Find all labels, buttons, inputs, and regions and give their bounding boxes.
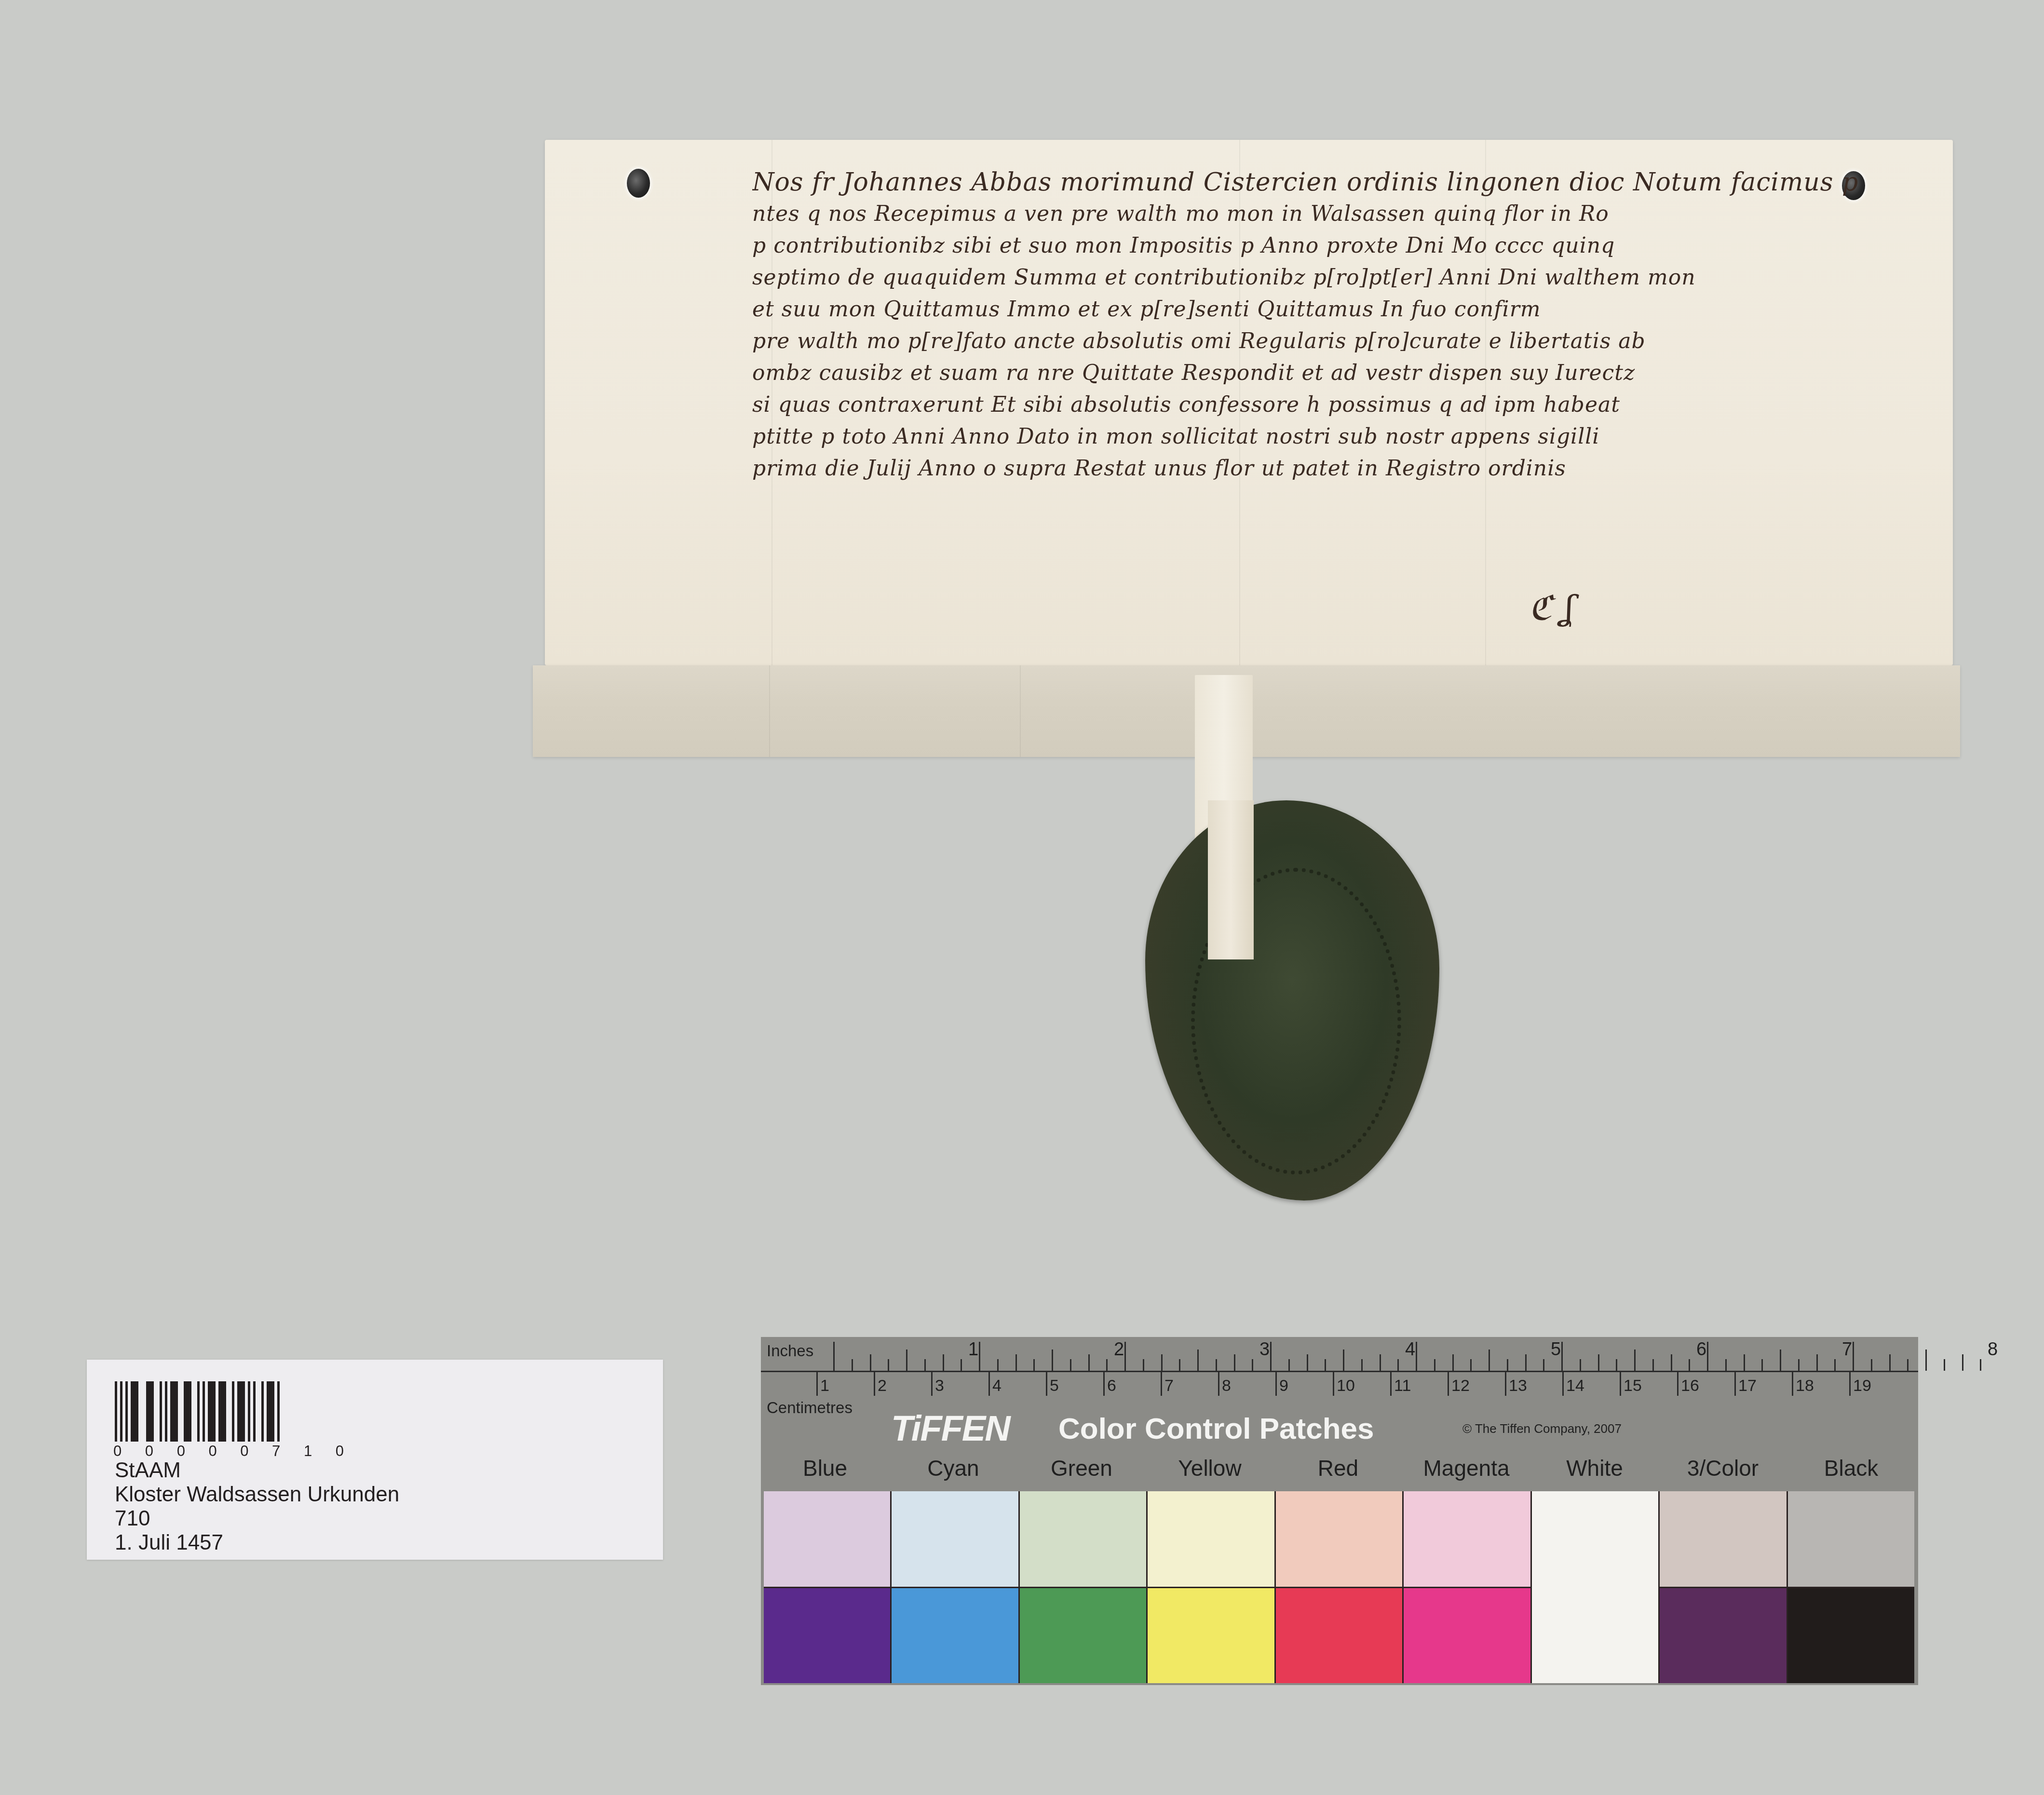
ruler-tick — [1616, 1359, 1617, 1371]
tiffen-color-bar: Inches Centimetres TiFFEN Color Control … — [761, 1337, 1918, 1685]
ruler-tick — [1434, 1359, 1435, 1371]
patch-label-yellow: Yellow — [1146, 1455, 1274, 1481]
ruler-tick — [1325, 1359, 1326, 1371]
patch-swatch-dark — [1404, 1588, 1530, 1684]
inch-number: 5 — [1551, 1339, 1561, 1360]
cm-number: 15 — [1624, 1377, 1642, 1395]
patch-swatch-light — [1660, 1491, 1786, 1588]
text-line: ntes q nos Recepimus a ven pre walth mo … — [752, 198, 1919, 230]
inch-number: 3 — [1259, 1339, 1270, 1360]
ruler-tick — [1124, 1342, 1126, 1371]
barcode-digit: 0 — [240, 1443, 249, 1460]
ruler-tick — [906, 1350, 907, 1371]
ruler-tick — [1070, 1359, 1071, 1371]
patch-column — [1020, 1491, 1148, 1683]
cm-number: 14 — [1566, 1377, 1584, 1395]
ruler-tick — [979, 1342, 980, 1371]
barcode-digit: 0 — [208, 1443, 217, 1460]
ruler-tick — [1761, 1359, 1763, 1371]
ruler-tick — [1197, 1350, 1199, 1371]
color-patches — [764, 1491, 1914, 1683]
patch-column — [892, 1491, 1019, 1683]
ruler-tick — [1088, 1354, 1090, 1371]
patch-swatch-dark — [1020, 1588, 1146, 1684]
ruler-tick — [1216, 1359, 1217, 1371]
patch-swatch-light — [1276, 1491, 1402, 1588]
ruler-tick — [1489, 1350, 1490, 1371]
ruler-tick — [1452, 1354, 1454, 1371]
ruler-tick — [1103, 1372, 1105, 1396]
ruler-tick — [1361, 1359, 1363, 1371]
ruler-tick — [1307, 1354, 1308, 1371]
ruler-tick — [1580, 1359, 1581, 1371]
ruler-tick — [1033, 1359, 1035, 1371]
ruler-tick — [1161, 1372, 1162, 1396]
ruler-tick — [1620, 1372, 1621, 1396]
patch-swatch-light — [1788, 1491, 1914, 1588]
ruler-tick — [1343, 1350, 1344, 1371]
text-line: p contributionibz sibi et suo mon Imposi… — [752, 230, 1919, 262]
inch-number: 1 — [968, 1339, 978, 1360]
ruler-tick — [988, 1372, 990, 1396]
ruler-tick — [833, 1342, 835, 1371]
cm-number: 2 — [878, 1377, 887, 1395]
barcode-digit: 1 — [304, 1443, 313, 1460]
ruler-tick — [1962, 1354, 1963, 1371]
ruler-tick — [1734, 1372, 1736, 1396]
text-line: ombz causibz et suam ra nre Quittate Res… — [752, 357, 1919, 389]
ruler-tick — [1270, 1342, 1272, 1371]
cm-number: 10 — [1337, 1377, 1355, 1395]
patch-swatch-light — [1020, 1491, 1146, 1588]
ruler-tick — [1143, 1359, 1144, 1371]
copyright: © The Tiffen Company, 2007 — [1462, 1421, 1622, 1436]
ruler-tick — [1448, 1372, 1449, 1396]
ruler-tick — [870, 1354, 871, 1371]
archive-name: StAAM — [115, 1458, 181, 1483]
ruler-tick — [1275, 1372, 1277, 1396]
patch-column — [1788, 1491, 1914, 1683]
patch-swatch-light — [1404, 1491, 1530, 1588]
patch-label-white: White — [1530, 1455, 1659, 1481]
patch-swatch-light — [764, 1491, 890, 1588]
ruler-tick — [1944, 1359, 1945, 1371]
inch-number: 8 — [1988, 1339, 1998, 1360]
text-line: Nos fr Johannes Abbas morimund Cistercie… — [752, 166, 1919, 198]
patch-column — [1276, 1491, 1404, 1683]
patch-swatch-dark — [892, 1588, 1018, 1684]
ruler-tick — [1889, 1354, 1891, 1371]
ruler-tick — [1792, 1372, 1793, 1396]
ruler-tick — [1252, 1359, 1253, 1371]
patch-label-magenta: Magenta — [1402, 1455, 1530, 1481]
inch-number: 4 — [1405, 1339, 1415, 1360]
ruler-tick — [852, 1359, 853, 1371]
cm-number: 12 — [1451, 1377, 1470, 1395]
ruler-tick — [1543, 1359, 1544, 1371]
ruler-tick — [1288, 1359, 1290, 1371]
inches-label: Inches — [767, 1342, 813, 1360]
ruler-tick — [1046, 1372, 1047, 1396]
ruler-tick — [1333, 1372, 1334, 1396]
inch-number: 6 — [1696, 1339, 1706, 1360]
ruler-tick — [961, 1359, 962, 1371]
barcode-digit: 7 — [272, 1443, 281, 1460]
patch-label-green: Green — [1017, 1455, 1146, 1481]
barcode-digit: 0 — [336, 1443, 345, 1460]
patch-swatch-light — [892, 1491, 1018, 1588]
cm-number: 5 — [1050, 1377, 1059, 1395]
ruler-tick — [1416, 1342, 1417, 1371]
document-number: 710 — [115, 1507, 150, 1531]
ruler-tick — [1397, 1359, 1399, 1371]
ruler-tick — [1525, 1354, 1527, 1371]
patch-label-3color: 3/Color — [1659, 1455, 1787, 1481]
patch-column — [764, 1491, 892, 1683]
patch-column — [1404, 1491, 1531, 1683]
patch-label-black: Black — [1787, 1455, 1915, 1481]
patch-column — [1532, 1491, 1660, 1683]
cm-number: 3 — [935, 1377, 944, 1395]
ruler-tick — [1052, 1350, 1053, 1371]
ruler-tick — [1470, 1359, 1472, 1371]
barcode — [115, 1381, 283, 1442]
ruler-tick — [1562, 1372, 1564, 1396]
patch-label-cyan: Cyan — [889, 1455, 1017, 1481]
ruler-tick — [1634, 1350, 1636, 1371]
patch-swatch-dark — [1148, 1588, 1274, 1684]
ruler-tick — [1652, 1359, 1654, 1371]
ruler-tick — [1744, 1354, 1745, 1371]
cm-number: 9 — [1279, 1377, 1288, 1395]
ruler-tick — [1834, 1359, 1836, 1371]
ruler-tick — [1871, 1359, 1872, 1371]
ruler-tick — [1725, 1359, 1727, 1371]
notary-subscription: ℭ ʆ — [1529, 588, 1574, 628]
ruler-tick — [1106, 1359, 1108, 1371]
barcode-digit: 0 — [145, 1443, 154, 1460]
charter-text: Nos fr Johannes Abbas morimund Cistercie… — [752, 166, 1919, 485]
ruler-tick — [1780, 1350, 1781, 1371]
cm-number: 13 — [1509, 1377, 1527, 1395]
barcode-number: 0 0 0 0 0 7 1 0 — [113, 1443, 345, 1460]
fold-line — [769, 665, 770, 757]
ruler-tick — [874, 1372, 875, 1396]
ruler-tick — [1218, 1372, 1219, 1396]
ruler-tick — [1671, 1354, 1672, 1371]
ruler-tick — [1015, 1354, 1017, 1371]
ruler-tick — [1598, 1354, 1599, 1371]
colorbar-title: Color Control Patches — [1058, 1412, 1374, 1446]
ruler-tick — [943, 1354, 944, 1371]
ruler-tick — [1925, 1350, 1927, 1371]
punch-hole-left — [627, 169, 650, 198]
ruler-tick — [1816, 1354, 1818, 1371]
patch-swatch-dark — [1660, 1588, 1786, 1684]
ruler-tick — [1561, 1342, 1563, 1371]
cm-number: 8 — [1222, 1377, 1231, 1395]
cm-number: 18 — [1796, 1377, 1814, 1395]
archive-label: 0 0 0 0 0 7 1 0 StAAM Kloster Waldsassen… — [87, 1360, 663, 1560]
patch-swatch-light — [1148, 1491, 1274, 1588]
patch-column — [1660, 1491, 1787, 1683]
cm-number: 11 — [1394, 1377, 1411, 1395]
seal-tag-over-wax — [1208, 800, 1254, 959]
ruler-tick — [1853, 1342, 1854, 1371]
ruler-tick — [1179, 1359, 1180, 1371]
ruler-tick — [1505, 1372, 1506, 1396]
cm-number: 1 — [820, 1377, 829, 1395]
centimetres-label: Centimetres — [767, 1399, 853, 1417]
patch-swatch-dark — [764, 1588, 890, 1684]
collection-name: Kloster Waldsassen Urkunden — [115, 1483, 399, 1507]
cm-number: 4 — [992, 1377, 1002, 1395]
ruler-tick — [1677, 1372, 1679, 1396]
ruler-tick — [1507, 1359, 1508, 1371]
text-line: pre walth mo p[re]fato ancte absolutis o… — [752, 325, 1919, 357]
ruler-tick — [816, 1372, 818, 1396]
cm-number: 17 — [1738, 1377, 1757, 1395]
barcode-digit: 0 — [177, 1443, 186, 1460]
text-line: et suu mon Quittamus Immo et ex p[re]sen… — [752, 294, 1919, 325]
inch-number: 7 — [1842, 1339, 1852, 1360]
cm-number: 6 — [1107, 1377, 1116, 1395]
fold-line — [1020, 665, 1021, 757]
cm-number: 16 — [1681, 1377, 1699, 1395]
tiffen-logo: TiFFEN — [891, 1408, 1010, 1449]
ruler-tick — [1234, 1354, 1235, 1371]
inch-number: 2 — [1114, 1339, 1124, 1360]
ruler-tick — [1689, 1359, 1690, 1371]
ruler-tick — [1707, 1342, 1708, 1371]
ruler-tick — [931, 1372, 933, 1396]
cm-number: 19 — [1853, 1377, 1871, 1395]
ruler-tick — [1390, 1372, 1392, 1396]
ruler-tick — [924, 1359, 926, 1371]
ruler-tick — [1980, 1359, 1981, 1371]
ruler-tick — [1380, 1354, 1381, 1371]
patch-swatch-dark — [1276, 1588, 1402, 1684]
document-date: 1. Juli 1457 — [115, 1531, 223, 1555]
patch-swatch-dark — [1788, 1588, 1914, 1684]
ruler-tick — [1161, 1354, 1163, 1371]
text-line: si quas contraxerunt Et sibi absolutis c… — [752, 389, 1919, 421]
ruler-tick — [1798, 1359, 1800, 1371]
ruler-tick — [997, 1359, 999, 1371]
text-line: ptitte p toto Anni Anno Dato in mon soll… — [752, 421, 1919, 453]
patch-labels: Blue Cyan Green Yellow Red Magenta White… — [761, 1455, 1918, 1484]
ruler-tick — [1907, 1359, 1909, 1371]
text-line: septimo de quaquidem Summa et contributi… — [752, 262, 1919, 294]
patch-column — [1148, 1491, 1275, 1683]
patch-label-red: Red — [1274, 1455, 1402, 1481]
patch-label-blue: Blue — [761, 1455, 889, 1481]
patch-swatch — [1532, 1491, 1658, 1683]
cm-number: 7 — [1164, 1377, 1174, 1395]
text-line: prima die Julij Anno o supra Restat unus… — [752, 453, 1919, 485]
ruler-tick — [1849, 1372, 1851, 1396]
barcode-digit: 0 — [113, 1443, 122, 1460]
ruler-tick — [888, 1359, 889, 1371]
